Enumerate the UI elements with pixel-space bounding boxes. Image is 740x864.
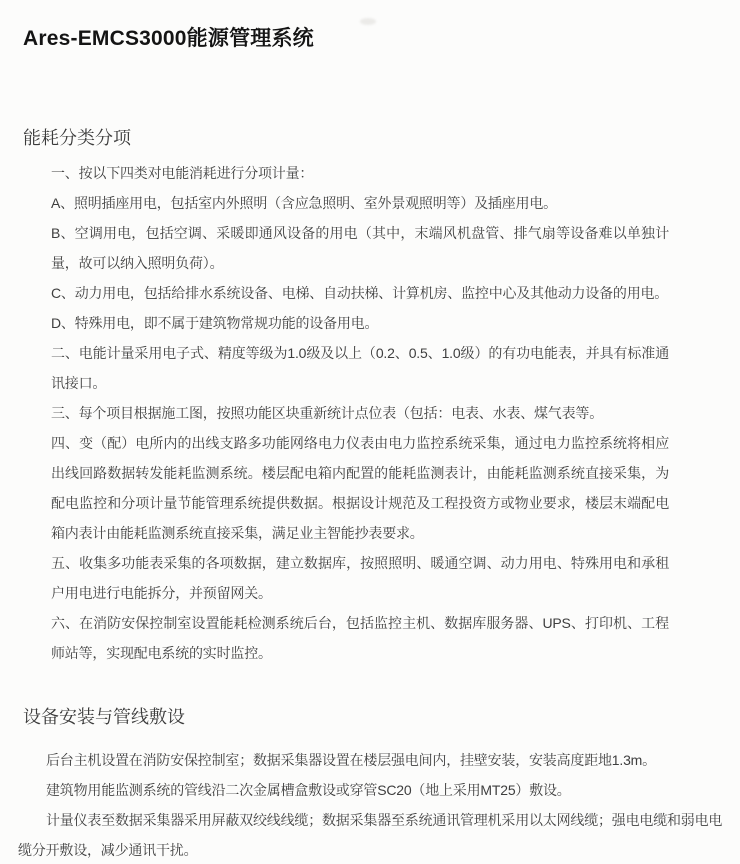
section-heading-installation: 设备安装与管线敷设 [23,704,740,730]
list-item-4: 四、变（配）电所内的出线支路多功能网络电力仪表由电力监控系统采集，通过电力监控系… [51,428,669,548]
section-energy-classification: 能耗分类分项 一、按以下四类对电能消耗进行分项计量： A、照明插座用电，包括室内… [23,125,740,668]
list-item-c: C、动力用电，包括给排水系统设备、电梯、自动扶梯、计算机房、监控中心及其他动力设… [51,278,669,308]
paragraph-cabling: 计量仪表至数据采集器采用屏蔽双绞线线缆；数据采集器至系统通讯管理机采用以太网线缆… [18,805,726,864]
paragraph-host-setup: 后台主机设置在消防安保控制室；数据采集器设置在楼层强电间内，挂壁安装，安装高度距… [18,745,726,775]
energy-classification-list: 一、按以下四类对电能消耗进行分项计量： A、照明插座用电，包括室内外照明（含应急… [51,158,669,668]
section-heading-energy-classification: 能耗分类分项 [23,125,740,151]
list-item-5: 五、收集多功能表采集的各项数据，建立数据库，按照照明、暖通空调、动力用电、特殊用… [51,548,669,608]
list-item-3: 三、每个项目根据施工图，按照功能区块重新统计点位表（包括：电表、水表、煤气表等。 [51,398,669,428]
section-installation: 设备安装与管线敷设 后台主机设置在消防安保控制室；数据采集器设置在楼层强电间内，… [23,704,740,864]
list-item-2: 二、电能计量采用电子式、精度等级为1.0级及以上（0.2、0.5、1.0级）的有… [51,338,669,398]
installation-paragraphs: 后台主机设置在消防安保控制室；数据采集器设置在楼层强电间内，挂壁安装，安装高度距… [18,745,726,864]
list-item-a: A、照明插座用电，包括室内外照明（含应急照明、室外景观照明等）及插座用电。 [51,188,669,218]
list-item-6: 六、在消防安保控制室设置能耗检测系统后台，包括监控主机、数据库服务器、UPS、打… [51,608,669,668]
scan-artifact [360,18,376,25]
list-item-b: B、空调用电，包括空调、采暖即通风设备的用电（其中，末端风机盘管、排气扇等设备难… [51,218,669,278]
paragraph-conduit: 建筑物用能监测系统的管线沿二次金属槽盒敷设或穿管SC20（地上采用MT25）敷设… [18,775,726,805]
list-item-d: D、特殊用电，即不属于建筑物常规功能的设备用电。 [51,308,669,338]
document-page: Ares-EMCS3000能源管理系统 能耗分类分项 一、按以下四类对电能消耗进… [0,0,740,864]
document-title: Ares-EMCS3000能源管理系统 [23,25,740,53]
list-item-1: 一、按以下四类对电能消耗进行分项计量： [51,158,669,188]
